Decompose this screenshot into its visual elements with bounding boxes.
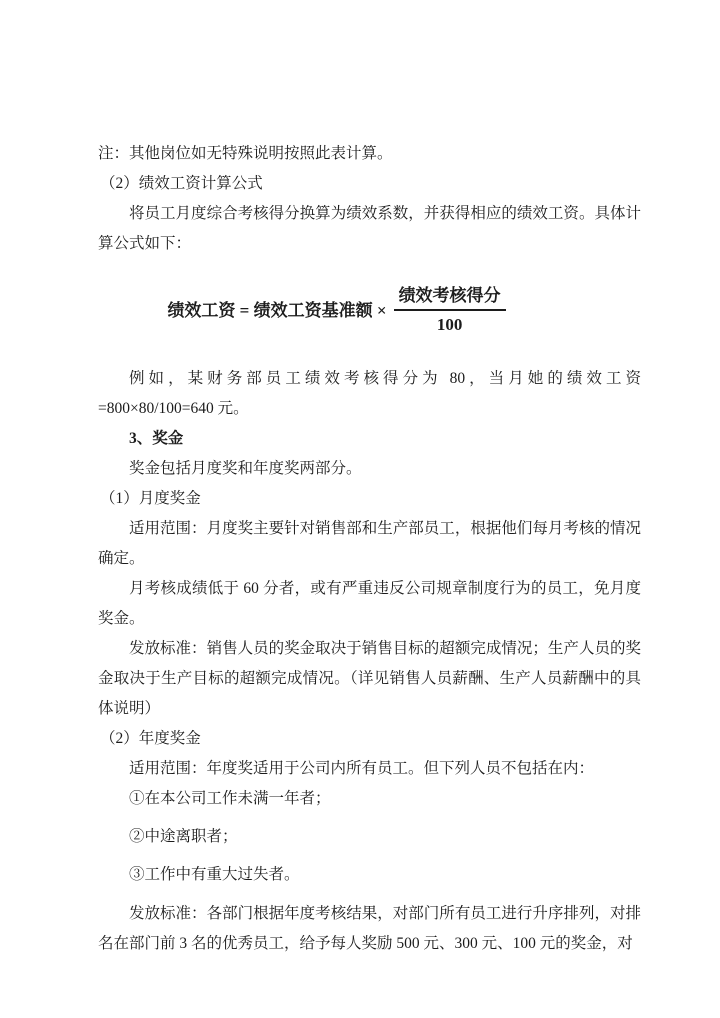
document-page: 注：其他岗位如无特殊说明按照此表计算。 （2）绩效工资计算公式 将员工月度综合考… xyxy=(0,0,720,1018)
heading-performance-wage-formula: （2）绩效工资计算公式 xyxy=(98,169,641,199)
formula-left-hand-side: 绩效工资 = 绩效工资基准额 × xyxy=(167,300,386,321)
monthly-bonus-exclusion-paragraph: 月考核成绩低于 60 分者，或有严重违反公司规章制度行为的员工，免月度奖金。 xyxy=(98,574,641,634)
heading-annual-bonus: （2）年度奖金 xyxy=(98,724,641,754)
note-line: 注：其他岗位如无特殊说明按照此表计算。 xyxy=(98,139,641,169)
heading-monthly-bonus: （1）月度奖金 xyxy=(98,484,641,514)
monthly-bonus-scope-paragraph: 适用范围：月度奖主要针对销售部和生产部员工，根据他们每月考核的情况确定。 xyxy=(98,514,641,574)
formula-numerator: 绩效考核得分 xyxy=(394,285,506,311)
formula-denominator: 100 xyxy=(437,311,463,335)
monthly-bonus-standard-paragraph: 发放标准：销售人员的奖金取决于销售目标的超额完成情况；生产人员的奖金取决于生产目… xyxy=(98,634,641,724)
formula-fraction: 绩效考核得分 100 xyxy=(394,285,506,336)
performance-wage-formula: 绩效工资 = 绩效工资基准额 × 绩效考核得分 100 xyxy=(65,285,608,336)
bonus-overview-paragraph: 奖金包括月度奖和年度奖两部分。 xyxy=(98,454,641,484)
document-content: 注：其他岗位如无特殊说明按照此表计算。 （2）绩效工资计算公式 将员工月度综合考… xyxy=(98,139,641,959)
annual-bonus-standard-paragraph: 发放标准：各部门根据年度考核结果，对部门所有员工进行升序排列，对排名在部门前 3… xyxy=(98,899,641,959)
heading-bonus: 3、奖金 xyxy=(98,424,641,454)
annual-exclusion-item-1: ①在本公司工作未满一年者； xyxy=(98,784,641,814)
annual-exclusion-item-2: ②中途离职者； xyxy=(98,822,641,852)
formula-intro-paragraph: 将员工月度综合考核得分换算为绩效系数，并获得相应的绩效工资。具体计算公式如下： xyxy=(98,199,641,259)
annual-exclusion-item-3: ③工作中有重大过失者。 xyxy=(98,860,641,890)
annual-bonus-scope-paragraph: 适用范围：年度奖适用于公司内所有员工。但下列人员不包括在内： xyxy=(98,754,641,784)
formula-example-paragraph: 例如，某财务部员工绩效考核得分为 80，当月她的绩效工资=800×80/100=… xyxy=(98,364,641,424)
